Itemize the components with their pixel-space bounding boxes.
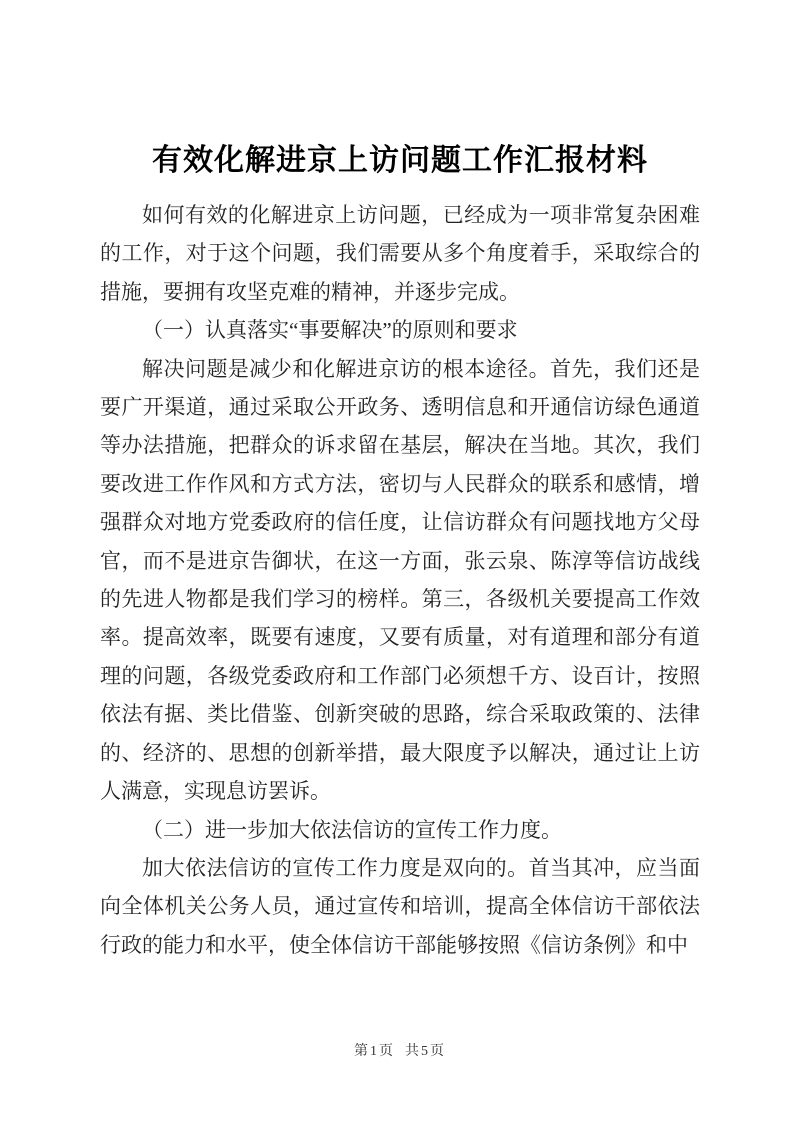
document-body: 如何有效的化解进京上访问题，已经成为一项非常复杂困难的工作，对于这个问题，我们需… — [100, 196, 700, 964]
document-page: 有效化解进京上访问题工作汇报材料 如何有效的化解进京上访问题，已经成为一项非常复… — [0, 0, 800, 1132]
paragraph-section-1-body: 解决问题是减少和化解进京访的根本途径。首先，我们还是要广开渠道，通过采取公开政务… — [100, 350, 700, 811]
page-footer: 第1页共5页 — [0, 1040, 800, 1060]
page-number-total: 共5页 — [405, 1044, 446, 1059]
paragraph-intro: 如何有效的化解进京上访问题，已经成为一项非常复杂困难的工作，对于这个问题，我们需… — [100, 196, 700, 311]
document-title: 有效化解进京上访问题工作汇报材料 — [0, 0, 800, 184]
paragraph-section-2-body: 加大依法信访的宣传工作力度是双向的。首当其冲，应当面向全体机关公务人员，通过宣传… — [100, 849, 700, 964]
section-heading-1: （一）认真落实“事要解决”的原则和要求 — [100, 311, 700, 349]
page-number-current: 第1页 — [354, 1044, 395, 1059]
section-heading-2: （二）进一步加大依法信访的宣传工作力度。 — [100, 811, 700, 849]
